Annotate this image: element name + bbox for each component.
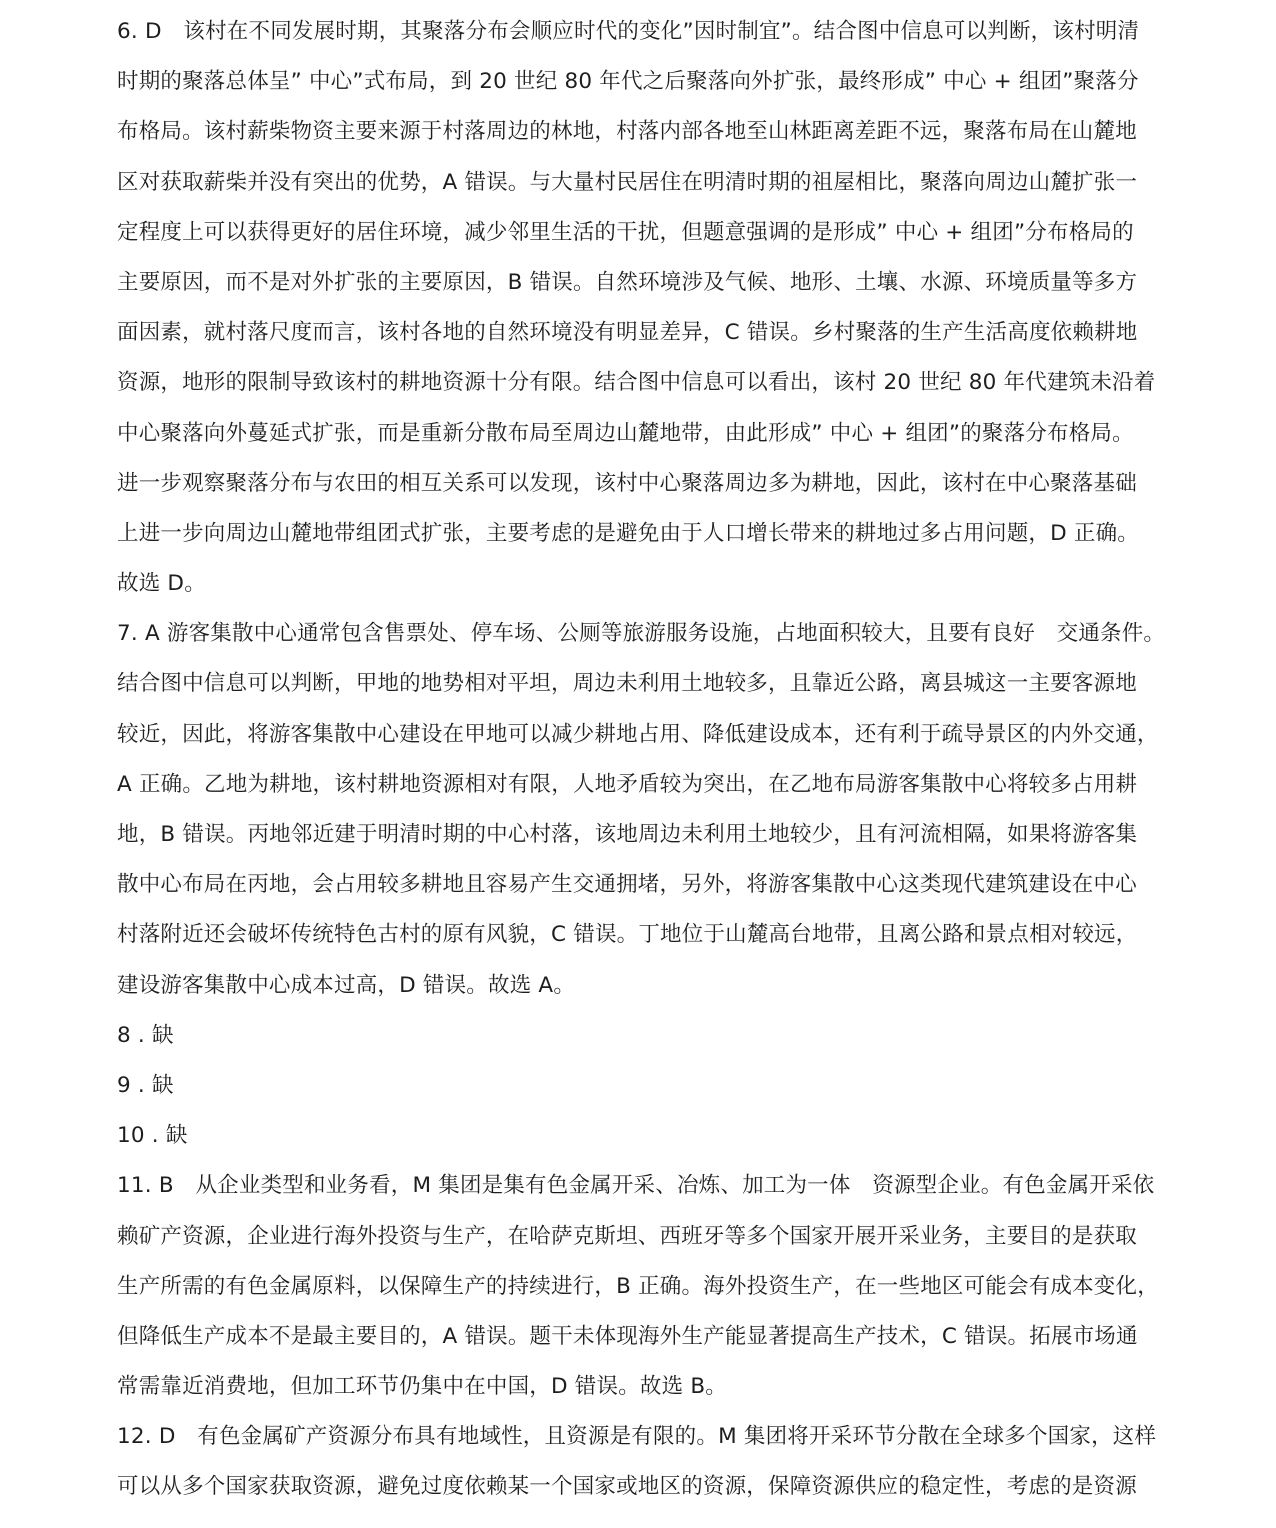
- answer-12: 12. D 有色金属矿产资源分布具有地域性，且资源是有限的。M 集团将开采环节分…: [117, 1414, 1197, 1514]
- text-line: 时期的聚落总体呈” 中心”式布局，到 20 世纪 80 年代之后聚落向外扩张，最…: [117, 59, 1197, 109]
- text-line: 散中心布局在丙地，会占用较多耕地且容易产生交通拥堵，另外，将游客集散中心这类现代…: [117, 862, 1197, 912]
- answer-7: 7. A 游客集散中心通常包含售票处、停车场、公厕等旅游服务设施，占地面积较大，…: [117, 611, 1197, 1013]
- text-line: 7. A 游客集散中心通常包含售票处、停车场、公厕等旅游服务设施，占地面积较大，…: [117, 611, 1197, 661]
- text-line: 定程度上可以获得更好的居住环境，减少邻里生活的干扰，但题意强调的是形成” 中心 …: [117, 210, 1197, 260]
- text-line: A 正确。乙地为耕地，该村耕地资源相对有限，人地矛盾较为突出，在乙地布局游客集散…: [117, 762, 1197, 812]
- text-line: 9 . 缺: [117, 1063, 1197, 1113]
- text-line: 8 . 缺: [117, 1013, 1197, 1063]
- text-line: 中心聚落向外蔓延式扩张，而是重新分散布局至周边山麓地带，由此形成” 中心 + 组…: [117, 411, 1197, 461]
- text-line: 面因素，就村落尺度而言，该村各地的自然环境没有明显差异，C 错误。乡村聚落的生产…: [117, 310, 1197, 360]
- answer-10: 10 . 缺: [117, 1113, 1197, 1163]
- text-line: 结合图中信息可以判断，甲地的地势相对平坦，周边未利用土地较多，且靠近公路，离县城…: [117, 661, 1197, 711]
- answer-6: 6. D 该村在不同发展时期，其聚落分布会顺应时代的变化”因时制宜”。结合图中信…: [117, 9, 1197, 611]
- text-line: 区对获取薪柴并没有突出的优势，A 错误。与大量村民居住在明清时期的祖屋相比，聚落…: [117, 160, 1197, 210]
- text-line: 可以从多个国家获取资源，避免过度依赖某一个国家或地区的资源，保障资源供应的稳定性…: [117, 1464, 1197, 1514]
- text-line: 布格局。该村薪柴物资主要来源于村落周边的林地，村落内部各地至山林距离差距不远，聚…: [117, 109, 1197, 159]
- text-line: 6. D 该村在不同发展时期，其聚落分布会顺应时代的变化”因时制宜”。结合图中信…: [117, 9, 1197, 59]
- answer-9: 9 . 缺: [117, 1063, 1197, 1113]
- answer-8: 8 . 缺: [117, 1013, 1197, 1063]
- text-line: 进一步观察聚落分布与农田的相互关系可以发现，该村中心聚落周边多为耕地，因此，该村…: [117, 461, 1197, 511]
- text-line: 生产所需的有色金属原料，以保障生产的持续进行，B 正确。海外投资生产，在一些地区…: [117, 1264, 1197, 1314]
- text-line: 故选 D。: [117, 561, 1197, 611]
- answer-document: 6. D 该村在不同发展时期，其聚落分布会顺应时代的变化”因时制宜”。结合图中信…: [117, 9, 1197, 1515]
- text-line: 资源，地形的限制导致该村的耕地资源十分有限。结合图中信息可以看出，该村 20 世…: [117, 360, 1197, 410]
- text-line: 赖矿产资源，企业进行海外投资与生产，在哈萨克斯坦、西班牙等多个国家开展开采业务，…: [117, 1214, 1197, 1264]
- text-line: 建设游客集散中心成本过高，D 错误。故选 A。: [117, 963, 1197, 1013]
- text-line: 较近，因此，将游客集散中心建设在甲地可以减少耕地占用、降低建设成本，还有利于疏导…: [117, 712, 1197, 762]
- text-line: 主要原因，而不是对外扩张的主要原因，B 错误。自然环境涉及气候、地形、土壤、水源…: [117, 260, 1197, 310]
- text-line: 村落附近还会破坏传统特色古村的原有风貌，C 错误。丁地位于山麓高台地带，且离公路…: [117, 912, 1197, 962]
- answer-11: 11. B 从企业类型和业务看，M 集团是集有色金属开采、冶炼、加工为一体 资源…: [117, 1163, 1197, 1414]
- text-line: 11. B 从企业类型和业务看，M 集团是集有色金属开采、冶炼、加工为一体 资源…: [117, 1163, 1197, 1213]
- text-line: 上进一步向周边山麓地带组团式扩张，主要考虑的是避免由于人口增长带来的耕地过多占用…: [117, 511, 1197, 561]
- text-line: 10 . 缺: [117, 1113, 1197, 1163]
- text-line: 12. D 有色金属矿产资源分布具有地域性，且资源是有限的。M 集团将开采环节分…: [117, 1414, 1197, 1464]
- text-line: 地，B 错误。丙地邻近建于明清时期的中心村落，该地周边未利用土地较少，且有河流相…: [117, 812, 1197, 862]
- text-line: 但降低生产成本不是最主要目的，A 错误。题干未体现海外生产能显著提高生产技术，C…: [117, 1314, 1197, 1364]
- text-line: 常需靠近消费地，但加工环节仍集中在中国，D 错误。故选 B。: [117, 1364, 1197, 1414]
